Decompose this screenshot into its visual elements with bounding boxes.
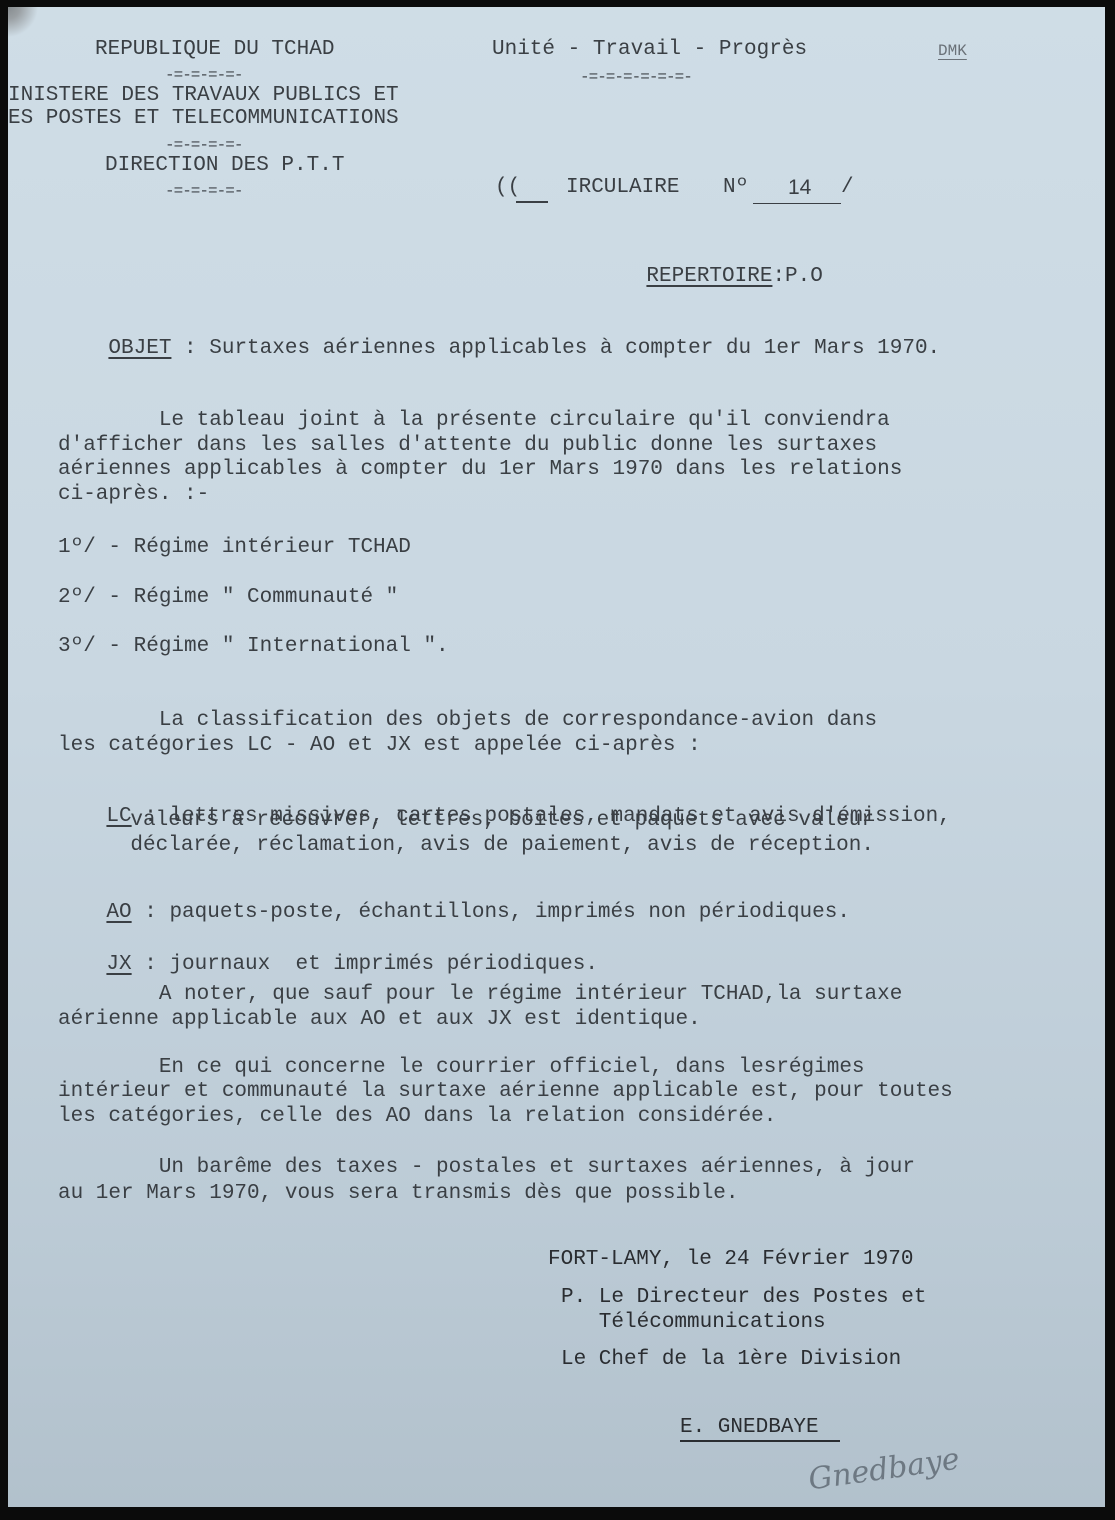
note-line: A noter, que sauf pour le régime intérie… <box>58 984 902 1005</box>
repertoire-label: REPERTOIRE <box>646 265 772 288</box>
separator: -=-=-=-=- <box>165 183 242 199</box>
prefix-underline <box>516 201 548 203</box>
number-underline <box>753 203 841 204</box>
regime-item: 3º/ - Régime " International ". <box>58 636 449 657</box>
signatory-for-line: P. Le Directeur des Postes et <box>561 1287 926 1308</box>
ministry-line-1: INISTERE DES TRAVAUX PUBLICS ET <box>8 85 399 106</box>
objet-label: OBJET <box>108 337 171 360</box>
name-underline <box>680 1440 840 1442</box>
official-line: les catégories, celle des AO dans la rel… <box>58 1106 776 1127</box>
category-code-jx: JX <box>106 953 131 976</box>
bareme-line: au 1er Mars 1970, vous sera transmis dès… <box>58 1183 739 1204</box>
direction-heading: DIRECTION DES P.T.T <box>105 155 344 176</box>
circulaire-prefix: (( <box>495 177 520 198</box>
repertoire-value: :P.O <box>772 265 822 288</box>
circulaire-number-label: Nº <box>723 177 748 198</box>
motto-separator: -=-=-=-=-=-=- <box>580 69 692 85</box>
category-desc: : paquets-poste, échantillons, imprimés … <box>132 901 850 924</box>
classification-line: les catégories LC - AO et JX est appelée… <box>58 735 701 756</box>
republic-heading: REPUBLIQUE DU TCHAD <box>95 39 334 60</box>
circulaire-number: 14 <box>788 177 811 198</box>
circulaire-label: IRCULAIRE <box>566 177 679 198</box>
intro-line: aériennes applicables à compter du 1er M… <box>58 459 902 480</box>
official-line: intérieur et communauté la surtaxe aérie… <box>58 1081 953 1102</box>
official-line: En ce qui concerne le courrier officiel,… <box>58 1057 865 1078</box>
ministry-line-2: ES POSTES ET TELECOMMUNICATIONS <box>8 108 399 129</box>
reference-stamp: DMK <box>938 43 967 59</box>
note-line: aérienne applicable aux AO et aux JX est… <box>58 1009 701 1030</box>
intro-line: d'afficher dans les salles d'attente du … <box>58 435 877 456</box>
signatory-role: Le Chef de la 1ère Division <box>561 1349 901 1370</box>
signatory-name: E. GNEDBAYE <box>680 1417 819 1438</box>
classification-line: La classification des objets de correspo… <box>58 710 877 731</box>
category-desc: valeurs à recouvrer, lettres, boîtes et … <box>80 810 874 831</box>
objet-text: : Surtaxes aériennes applicables à compt… <box>171 337 940 360</box>
intro-line: Le tableau joint à la présente circulair… <box>58 410 890 431</box>
category-desc: déclarée, réclamation, avis de paiement,… <box>80 835 874 856</box>
handwritten-signature: Gnedbaye <box>806 1442 961 1498</box>
motto: Unité - Travail - Progrès <box>492 39 807 60</box>
regime-item: 1º/ - Régime intérieur TCHAD <box>58 537 411 558</box>
circulaire-suffix: / <box>841 177 854 198</box>
intro-line: ci-après. :- <box>58 484 209 505</box>
document-page: REPUBLIQUE DU TCHAD -=-=-=-=- INISTERE D… <box>8 7 1105 1507</box>
separator: -=-=-=-=- <box>165 67 242 83</box>
signatory-for-line: Télécommunications <box>561 1312 826 1333</box>
category-code-ao: AO <box>106 901 131 924</box>
bareme-line: Un barême des taxes - postales et surtax… <box>58 1157 915 1178</box>
separator: -=-=-=-=- <box>165 137 242 153</box>
regime-item: 2º/ - Régime " Communauté " <box>58 587 398 608</box>
place-date: FORT-LAMY, le 24 Février 1970 <box>548 1249 913 1270</box>
category-desc: : journaux et imprimés périodiques. <box>132 953 598 976</box>
